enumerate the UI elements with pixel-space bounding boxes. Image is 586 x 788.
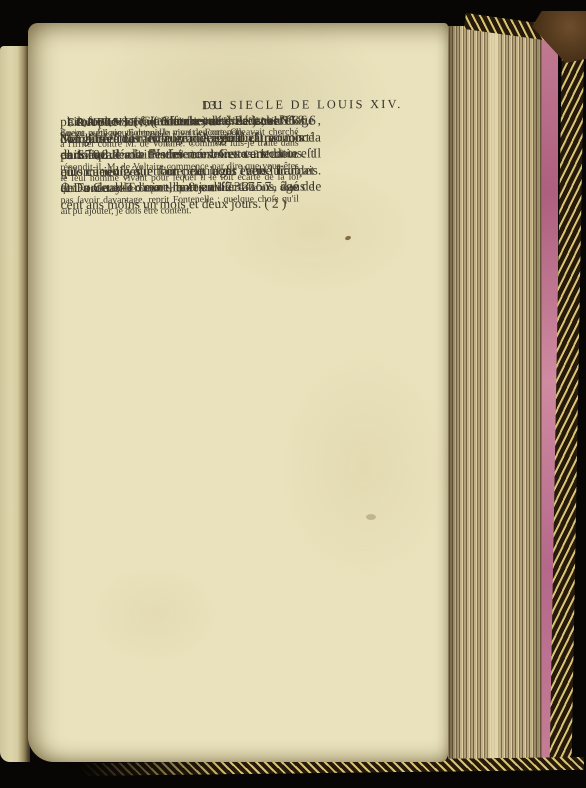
word: ſeul [71, 173, 86, 184]
word: de [121, 161, 130, 172]
word: être [144, 206, 159, 217]
book-photo: DU SIECLE DE LOUIS XIV. 131 philoſophele… [0, 0, 586, 788]
word: de [126, 183, 135, 194]
word: l'hiſtoire [157, 116, 189, 127]
page-number: 131 [202, 99, 225, 112]
word: vivant [123, 172, 147, 183]
page-text: DU SIECLE DE LOUIS XIV. 131 philoſophele… [60, 98, 344, 117]
word: ouvrage, [74, 150, 108, 161]
word: la [311, 129, 321, 146]
word: la [163, 127, 170, 138]
word: traité [258, 138, 278, 149]
word: cet [60, 150, 71, 161]
word: choſe [258, 194, 279, 205]
word: M. [107, 161, 118, 172]
word: ait [61, 206, 71, 217]
word: il [200, 172, 205, 183]
paper-smudge [366, 514, 376, 520]
word: à [60, 139, 64, 150]
word: un [197, 150, 207, 161]
word: été [96, 128, 107, 139]
word: le [60, 173, 67, 184]
word: dans [281, 138, 299, 149]
word: qu'il [61, 184, 78, 195]
body-text: philoſophelefaitaſſezentendredansl'éloge… [60, 112, 344, 114]
word: ſoit [221, 172, 234, 183]
word: ſur [144, 116, 155, 127]
word: depuis [136, 128, 161, 139]
text-line: pasſavoirdavantage,repritFontenelle;quel… [61, 194, 299, 207]
word: content. [160, 205, 191, 216]
word: Monſieur, [261, 149, 299, 160]
word: loi [289, 171, 299, 182]
word: la [278, 171, 285, 182]
word: Il [313, 146, 321, 163]
word: ſes [220, 149, 231, 160]
word: ajouter, [85, 206, 114, 217]
word: ſur [248, 116, 259, 127]
word: davantage, [103, 194, 145, 205]
word: ; [217, 194, 220, 205]
word: dire [227, 160, 242, 171]
word: morts. [209, 183, 234, 194]
header-title: DU SIECLE DE LOUIS XIV. [202, 98, 403, 112]
word: que [245, 160, 259, 171]
word: qu'il [282, 194, 299, 205]
word: quelque [223, 194, 254, 205]
word: oracles, [207, 116, 237, 127]
word: M. [125, 139, 136, 150]
word: à [190, 150, 194, 161]
word: homme [90, 172, 119, 183]
word: lequel [173, 172, 197, 183]
word: ? [254, 149, 258, 160]
word: de [209, 149, 218, 160]
word: Fontenelle [147, 150, 188, 161]
paragraph: Cequ'ontrouveiciſurl'hiſtoiredesoracles,… [60, 116, 291, 140]
word: de [140, 139, 149, 150]
word: parler [151, 183, 174, 194]
word: de [193, 127, 202, 138]
word: Je [250, 183, 258, 194]
word: par [212, 161, 224, 172]
word: ajouté [110, 128, 134, 139]
word: et [284, 116, 291, 127]
word: amis [233, 149, 251, 160]
word: ſe [210, 172, 217, 183]
word: des [191, 116, 204, 127]
word: et [239, 116, 246, 127]
word: Mero [261, 116, 282, 127]
text-line: aitpuajouter,jedoisêtrecontent. [61, 205, 299, 218]
word: pas [61, 195, 74, 206]
word: de [265, 171, 274, 182]
word: pu [73, 206, 83, 217]
word: commence [167, 161, 209, 172]
word: écarté [237, 171, 260, 182]
word: contre [98, 139, 122, 150]
word: répondit-il, [60, 161, 103, 172]
word: que [176, 183, 190, 194]
word: Voltaire. [152, 139, 185, 150]
word: pour [151, 172, 169, 183]
word: je [116, 206, 123, 217]
word: ſuis-je [230, 138, 254, 149]
word: Enegu, [60, 128, 87, 139]
word: des [193, 183, 206, 194]
word: êtes [284, 160, 299, 171]
word: Voltaire [133, 161, 164, 172]
word: ſavoir [77, 195, 100, 206]
word: n'en [261, 183, 277, 194]
word: dois [125, 206, 141, 217]
fore-edge-highlight [486, 26, 502, 759]
word: vous [262, 160, 280, 171]
word: qu'on [81, 117, 102, 128]
word: ici [132, 117, 142, 128]
fore-edge-shadow [448, 26, 460, 759]
word: Fontenelle. [205, 127, 248, 138]
word: l'irriter [68, 139, 95, 150]
word: mort [173, 127, 191, 138]
text-line: répondit-il,M.deVoltairecommencepardireq… [60, 160, 298, 173]
word: demanda [110, 150, 145, 161]
word: trouve [105, 117, 130, 128]
word: reprit [148, 194, 169, 205]
text-line: Cequ'ontrouveiciſurl'hiſtoiredesoracles,… [60, 116, 291, 129]
word: ne [138, 183, 147, 194]
word: le [312, 179, 322, 196]
word: Ce [68, 117, 79, 128]
word: Comment [188, 138, 226, 149]
left-page-edge [0, 46, 30, 762]
word: s'était [80, 184, 102, 195]
fore-edge-pages [448, 26, 544, 759]
word: veux [280, 182, 299, 193]
text-line: Enegu,aétéajoutédepuislamortdeFontenelle… [60, 127, 291, 140]
word: — [237, 183, 247, 194]
word: faite [106, 183, 123, 194]
word: a [90, 128, 94, 139]
word: Fontenelle [173, 194, 214, 205]
